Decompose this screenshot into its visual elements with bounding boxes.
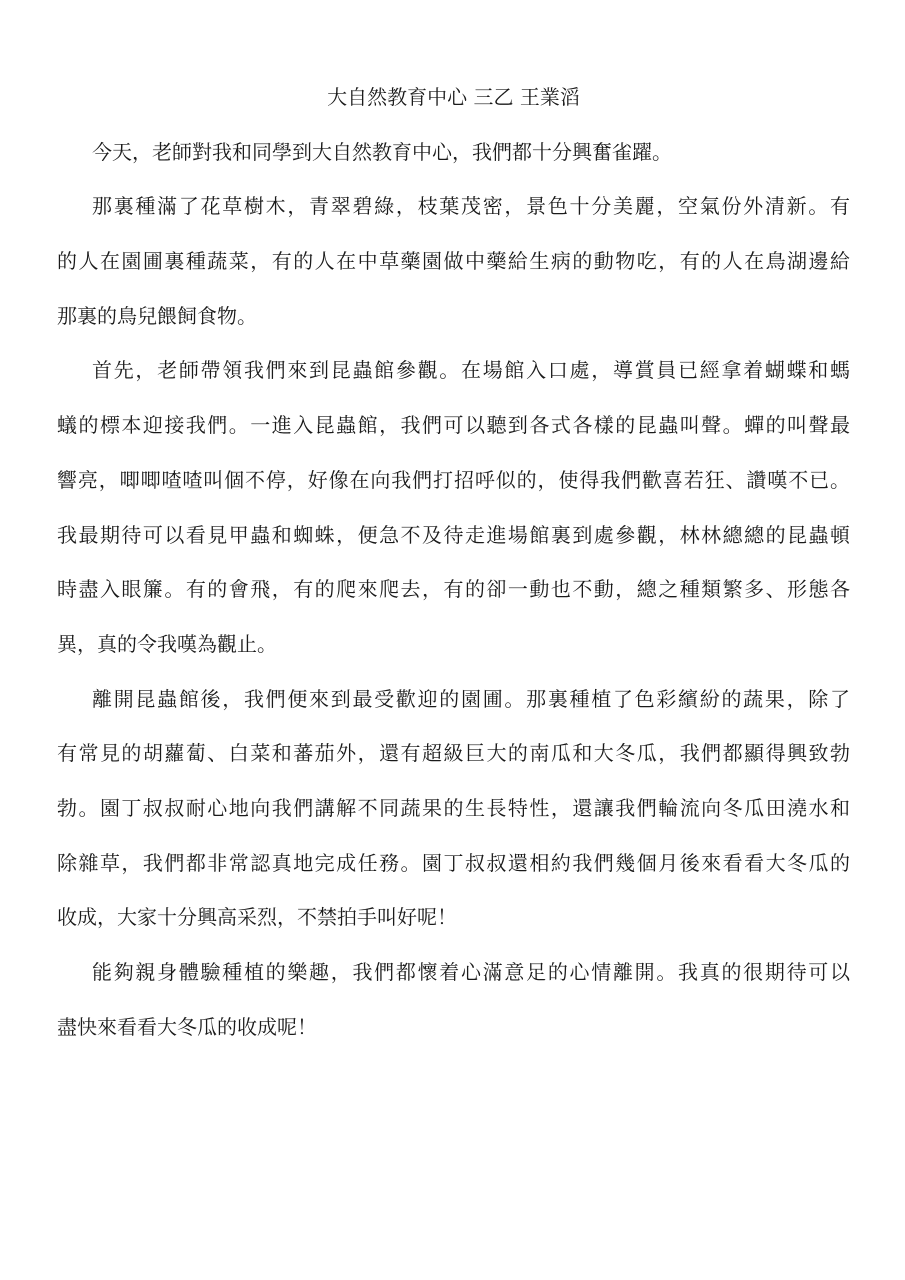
- paragraph-3-line-2: 蟻的標本迎接我們。一進入昆蟲館，我們可以聽到各式各樣的昆蟲叫聲。蟬的叫聲最: [57, 398, 850, 453]
- paragraph-5-line-1: 能夠親身體驗種植的樂趣，我們都懷着心滿意足的心情離開。我真的很期待可以: [57, 945, 850, 1000]
- paragraph-3-line-1: 首先，老師帶領我們來到昆蟲館參觀。在場館入口處，導賞員已經拿着蝴蝶和螞: [57, 343, 850, 398]
- paragraph-3-line-4: 我最期待可以看見甲蟲和蜘蛛，便急不及待走進場館裏到處參觀，林林總總的昆蟲頓: [57, 508, 850, 563]
- document-content: 大自然教育中心 三乙 王業滔 今天，老師對我和同學到大自然教育中心，我們都十分興…: [0, 0, 905, 1054]
- paragraph-4-line-5: 收成，大家十分興高采烈，不禁拍手叫好呢！: [57, 890, 850, 945]
- paragraph-2-line-3: 那裏的鳥兒餵飼食物。: [57, 289, 850, 344]
- paragraph-3-line-3: 響亮，唧唧喳喳叫個不停，好像在向我們打招呼似的，使得我們歡喜若狂、讚嘆不已。: [57, 453, 850, 508]
- paragraph-2-line-1: 那裏種滿了花草樹木，青翠碧綠，枝葉茂密，景色十分美麗，空氣份外清新。有: [57, 179, 850, 234]
- paragraph-1-line-1: 今天，老師對我和同學到大自然教育中心，我們都十分興奮雀躍。: [57, 125, 850, 180]
- paragraph-4-line-2: 有常見的胡蘿蔔、白菜和蕃茄外，還有超級巨大的南瓜和大冬瓜，我們都顯得興致勃: [57, 726, 850, 781]
- paragraph-3-line-5: 時盡入眼簾。有的會飛，有的爬來爬去，有的卻一動也不動，總之種類繁多、形態各: [57, 562, 850, 617]
- paragraph-4-line-1: 離開昆蟲館後，我們便來到最受歡迎的園圃。那裏種植了色彩繽紛的蔬果，除了: [57, 672, 850, 727]
- document-page: 大自然教育中心 三乙 王業滔 今天，老師對我和同學到大自然教育中心，我們都十分興…: [0, 0, 905, 1280]
- paragraph-2-line-2: 的人在園圃裏種蔬菜，有的人在中草藥園做中藥給生病的動物吃，有的人在鳥湖邊給: [57, 234, 850, 289]
- essay-title: 大自然教育中心 三乙 王業滔: [57, 70, 850, 125]
- paragraph-4-line-3: 勃。園丁叔叔耐心地向我們講解不同蔬果的生長特性，還讓我們輪流向冬瓜田澆水和: [57, 781, 850, 836]
- paragraph-4-line-4: 除雜草，我們都非常認真地完成任務。園丁叔叔還相約我們幾個月後來看看大冬瓜的: [57, 836, 850, 891]
- paragraph-5-line-2: 盡快來看看大冬瓜的收成呢！: [57, 1000, 850, 1055]
- paragraph-3-line-6: 異，真的令我嘆為觀止。: [57, 617, 850, 672]
